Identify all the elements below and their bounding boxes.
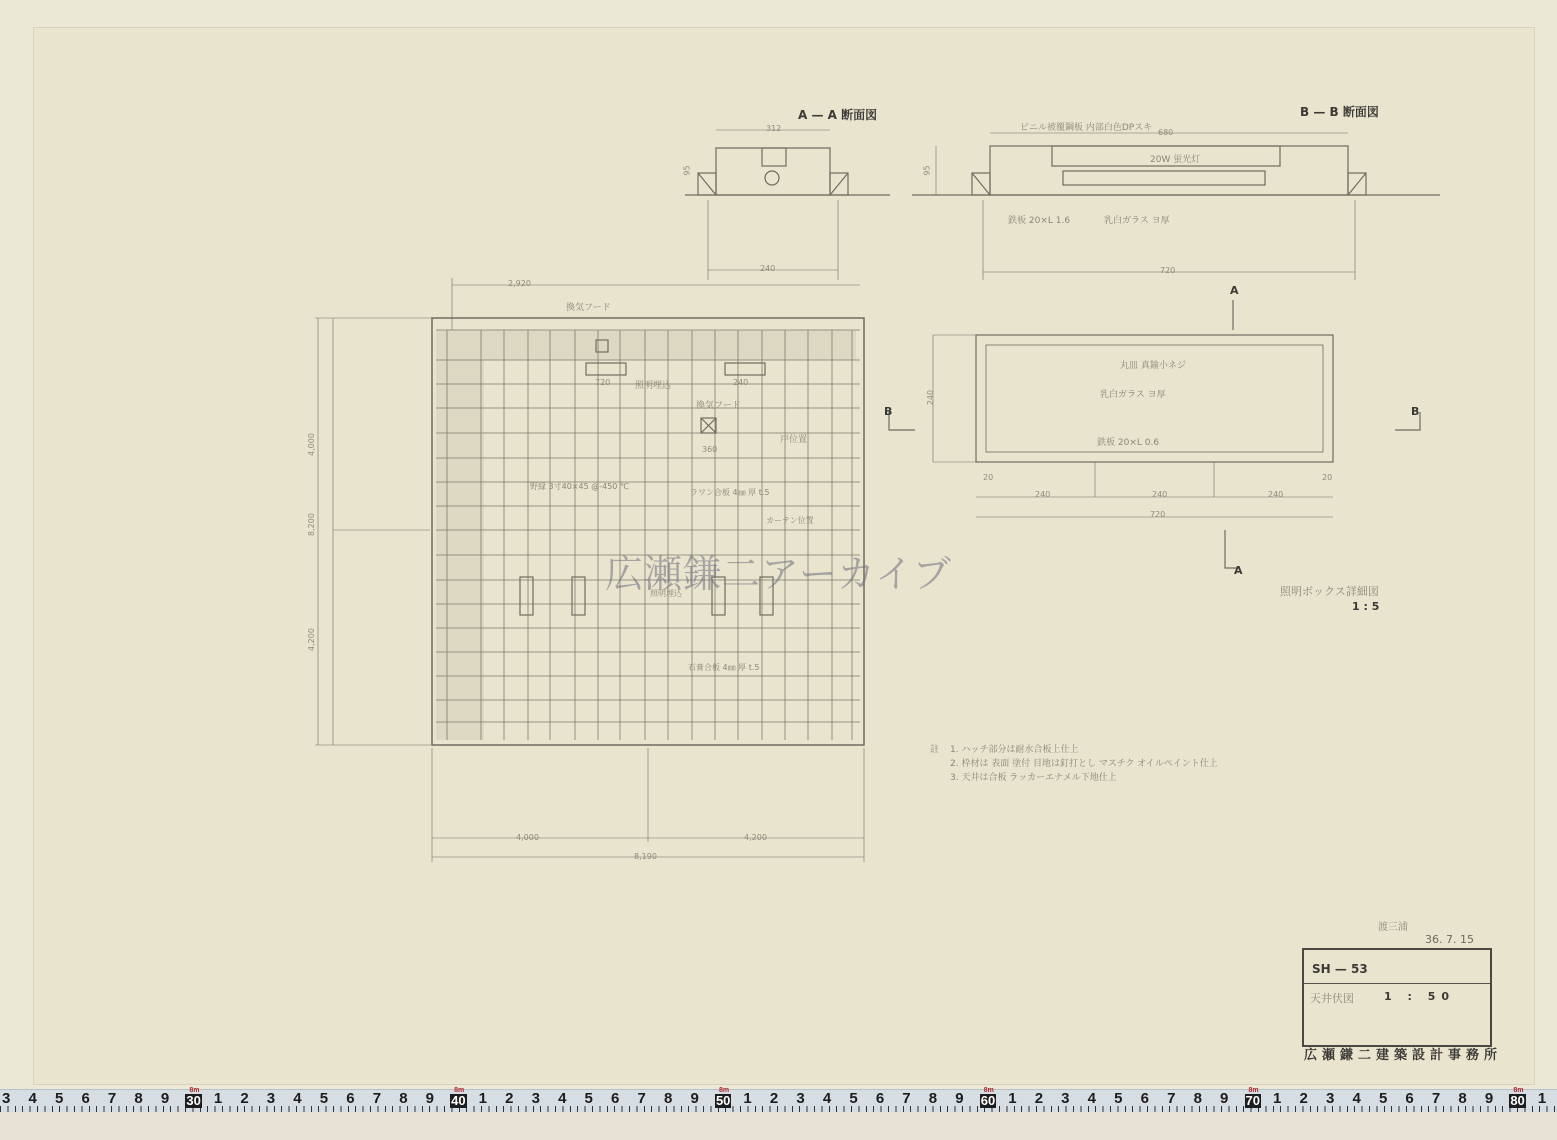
ruler-digit: 4 <box>1088 1090 1096 1107</box>
section-bb-top-note: ビニル被覆鋼板 内部白色DPスキ <box>1020 120 1152 133</box>
box-scale: 1 : 5 <box>1352 600 1379 613</box>
board-note: ラワン合板 4㎜ 厚 t.5 <box>690 487 770 498</box>
section-aa-height: 95 <box>683 165 692 175</box>
ruler-digit: 3 <box>1061 1090 1069 1107</box>
ruler-digit: 5 <box>1379 1090 1387 1107</box>
ruler-digit: 6 <box>876 1090 884 1107</box>
ruler-digit: 6 <box>346 1090 354 1107</box>
ruler-digit: 1 <box>1273 1090 1281 1107</box>
measuring-tape: 34567898m301234567898m401234567898m50123… <box>0 1089 1557 1113</box>
ruler-digit: 8 <box>399 1090 407 1107</box>
background-strip <box>0 1112 1557 1140</box>
box-frame-label: 鉄板 20×L 0.6 <box>1097 435 1159 448</box>
section-bb-outer-width: 720 <box>1160 266 1175 275</box>
ruler-digit: 9 <box>955 1090 963 1107</box>
ceiling-top-dim: 2,920 <box>508 279 531 288</box>
ruler-major-label: 60 <box>980 1094 996 1108</box>
marker-a-top: A <box>1230 284 1239 297</box>
position-note: 戸位置 <box>780 432 807 445</box>
ruler-digit: 8 <box>664 1090 672 1107</box>
ruler-digit: 6 <box>1405 1090 1413 1107</box>
box-segment-1: 240 <box>1035 490 1050 499</box>
joist-note: 野縁 3寸40×45 @-450 ℃ <box>530 481 629 492</box>
ruler-digit: 5 <box>320 1090 328 1107</box>
drawing-date: 36. 7. 15 <box>1425 933 1474 946</box>
bottom-dim-left: 4,000 <box>516 833 539 842</box>
title-block: SH — 53 天井伏図 1 : 50 <box>1302 948 1492 1047</box>
marker-a-bottom: A <box>1234 564 1243 577</box>
section-bb-height: 95 <box>923 165 932 175</box>
ruler-digit: 3 <box>532 1090 540 1107</box>
light-left-size: 720 <box>595 378 610 387</box>
vent-mid-label: 換気フード <box>696 398 741 411</box>
ruler-digit: 5 <box>585 1090 593 1107</box>
section-bb-frame: 鉄板 20×L 1.6 <box>1008 213 1070 226</box>
marker-b-right: B <box>1411 405 1419 418</box>
ruler-digit: 3 <box>267 1090 275 1107</box>
left-dim-bottom: 4,200 <box>307 628 316 651</box>
section-aa-top-width: 312 <box>766 124 781 133</box>
ruler-digit: 2 <box>505 1090 513 1107</box>
section-bb-inner-width: 680 <box>1158 128 1173 137</box>
notes-heading: 註 <box>930 742 939 755</box>
drawing-scale: 1 : 50 <box>1384 990 1455 1003</box>
ruler-digit: 7 <box>1167 1090 1175 1107</box>
ruler-digit: 7 <box>1432 1090 1440 1107</box>
ruler-digit: 2 <box>1300 1090 1308 1107</box>
ruler-digit: 6 <box>81 1090 89 1107</box>
ruler-major-label: 70 <box>1245 1094 1261 1108</box>
light-right-size: 240 <box>733 378 748 387</box>
ruler-digit: 4 <box>28 1090 36 1107</box>
section-aa-title: A — A 断面図 <box>798 106 877 123</box>
ruler-digit: 4 <box>293 1090 301 1107</box>
archive-watermark: 広瀬鎌二アーカイブ <box>605 543 952 598</box>
bottom-dim-right: 4,200 <box>744 833 767 842</box>
ruler-major-label: 30 <box>185 1094 201 1108</box>
box-segment-3: 240 <box>1268 490 1283 499</box>
ruler-digit: 3 <box>2 1090 10 1107</box>
drawing-number: SH — 53 <box>1312 962 1368 976</box>
ruler-digit: 1 <box>1008 1090 1016 1107</box>
ruler-digit: 9 <box>1485 1090 1493 1107</box>
ruler-digit: 5 <box>55 1090 63 1107</box>
section-aa-bottom-width: 240 <box>760 264 775 273</box>
bottom-dim-total: 8,190 <box>634 852 657 861</box>
vent-top-label: 換気フード <box>566 300 611 313</box>
designer-name: 渡三浦 <box>1378 918 1408 933</box>
ruler-digit: 9 <box>426 1090 434 1107</box>
section-bb-glass: 乳白ガラス ヨ厚 <box>1104 213 1170 226</box>
box-corner-right: 20 <box>1322 473 1332 482</box>
note-2: 2. 枠材は 表面 塗付 目地は釘打とし マスチク オイルペイント仕上 <box>950 756 1218 769</box>
ruler-digit: 1 <box>743 1090 751 1107</box>
ruler-digit: 7 <box>373 1090 381 1107</box>
ruler-digit: 9 <box>161 1090 169 1107</box>
ruler-digit: 7 <box>108 1090 116 1107</box>
ruler-digit: 8 <box>134 1090 142 1107</box>
ruler-digit: 1 <box>214 1090 222 1107</box>
box-glass-label: 乳白ガラス ヨ厚 <box>1100 387 1166 400</box>
ruler-digit: 2 <box>240 1090 248 1107</box>
ruler-digit: 9 <box>690 1090 698 1107</box>
marker-b-left: B <box>884 405 892 418</box>
ruler-digit: 6 <box>611 1090 619 1107</box>
box-segment-2: 240 <box>1152 490 1167 499</box>
note-3: 3. 天井は合板 ラッカーエナメル下地仕上 <box>950 770 1117 783</box>
ruler-major-label: 40 <box>450 1094 466 1108</box>
lights-note: 照明埋込 <box>635 378 671 391</box>
vent-size: 360 <box>702 445 717 454</box>
note-1: 1. ハッチ部分は耐水合板上仕上 <box>950 742 1078 755</box>
section-bb-lamp: 20W 蛍光灯 <box>1150 152 1200 165</box>
drawing-name: 天井伏図 <box>1310 990 1354 1006</box>
ruler-digit: 5 <box>1114 1090 1122 1107</box>
ceiling-board-note: 石膏合板 4㎜ 厚 t.5 <box>688 662 760 673</box>
ruler-digit: 1 <box>1538 1090 1546 1107</box>
left-dim-top: 4,000 <box>307 433 316 456</box>
ruler-digit: 7 <box>638 1090 646 1107</box>
ruler-digit: 4 <box>558 1090 566 1107</box>
left-dim-total: 8,200 <box>307 513 316 536</box>
ruler-digit: 5 <box>849 1090 857 1107</box>
ruler-digit: 8 <box>929 1090 937 1107</box>
box-corner-left: 20 <box>983 473 993 482</box>
box-total: 720 <box>1150 510 1165 519</box>
ruler-digit: 8 <box>1194 1090 1202 1107</box>
office-stamp: 広瀬鎌二建築設計事務所 <box>1304 1044 1502 1063</box>
ruler-digit: 3 <box>796 1090 804 1107</box>
curtain-note: カーテン位置 <box>766 515 814 526</box>
ruler-digit: 7 <box>902 1090 910 1107</box>
ruler-digit: 4 <box>823 1090 831 1107</box>
ruler-major-label: 50 <box>715 1094 731 1108</box>
box-caption: 照明ボックス詳細図 <box>1280 583 1379 599</box>
ruler-digit: 2 <box>770 1090 778 1107</box>
section-bb-title: B — B 断面図 <box>1300 103 1379 120</box>
ruler-digit: 3 <box>1326 1090 1334 1107</box>
ruler-major-label: 80 <box>1509 1094 1525 1108</box>
ruler-digit: 1 <box>479 1090 487 1107</box>
ruler-digit: 6 <box>1141 1090 1149 1107</box>
box-screw-label: 丸皿 真鍮小ネジ <box>1120 358 1186 371</box>
ruler-digit: 4 <box>1352 1090 1360 1107</box>
ruler-digit: 9 <box>1220 1090 1228 1107</box>
box-height: 240 <box>926 390 935 405</box>
ruler-digit: 2 <box>1035 1090 1043 1107</box>
ruler-digit: 8 <box>1458 1090 1466 1107</box>
